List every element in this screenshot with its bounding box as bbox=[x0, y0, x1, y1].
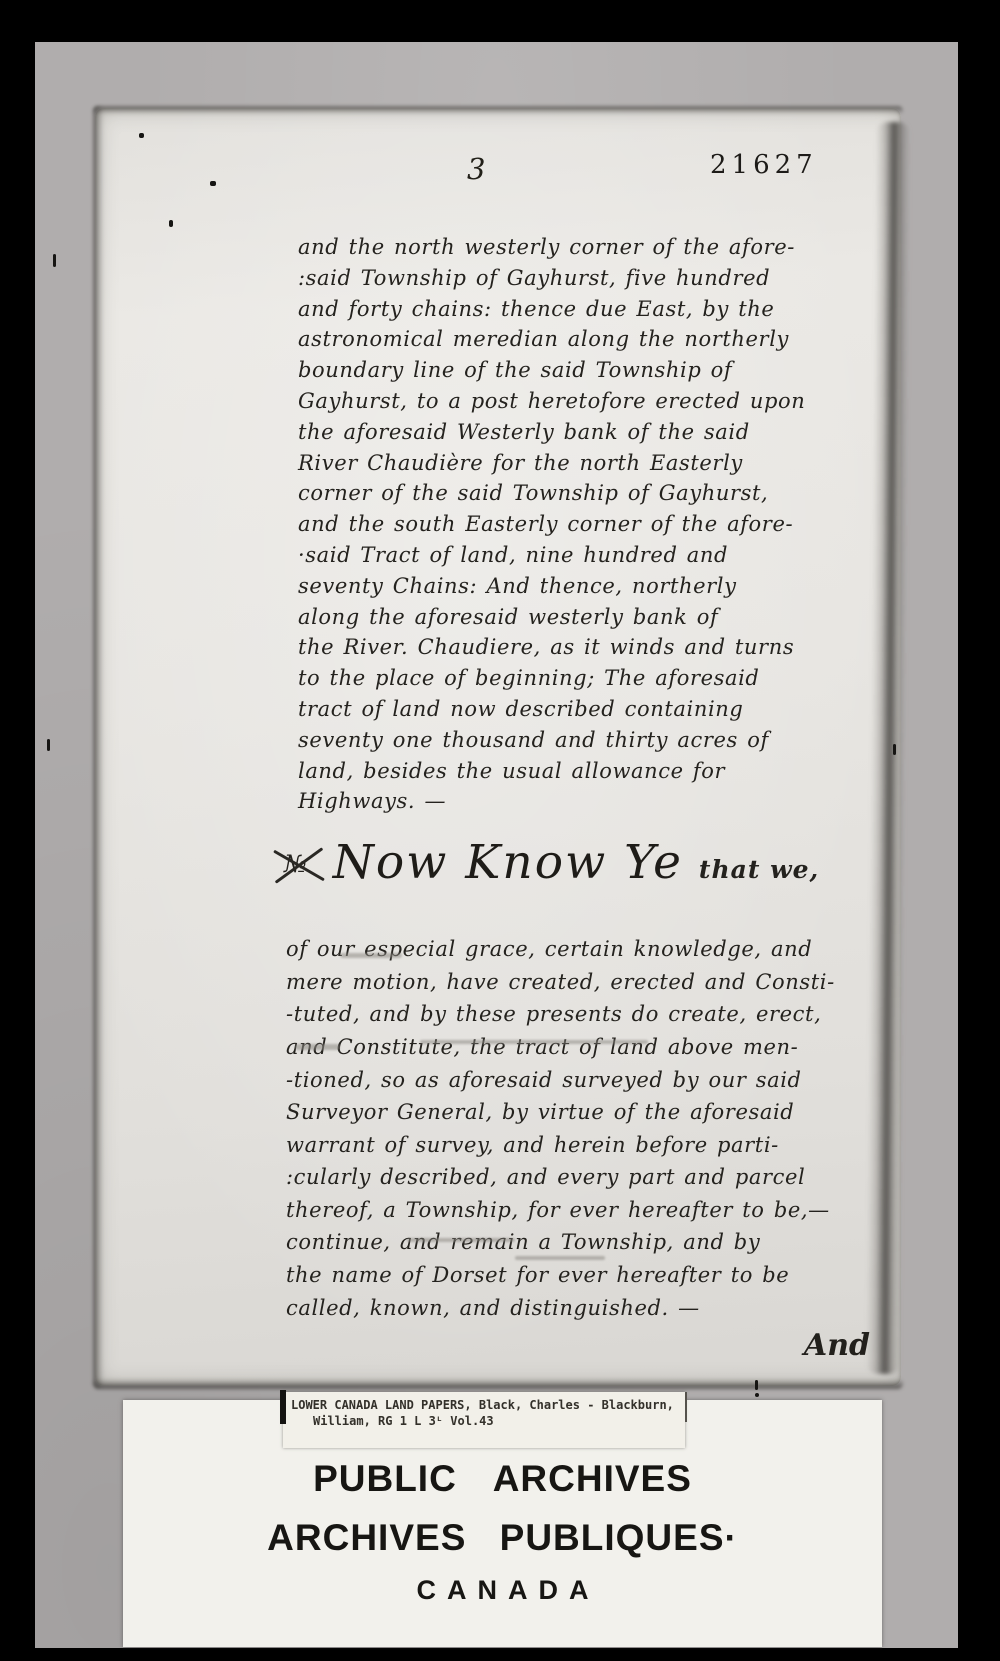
manuscript-line: of our especial grace, certain knowledge… bbox=[286, 933, 888, 966]
manuscript-line: -tuted, and by these presents do create,… bbox=[286, 998, 888, 1031]
manuscript-line: to the place of beginning; The aforesaid bbox=[298, 663, 888, 694]
ink-speck bbox=[169, 220, 173, 227]
reference-label-line1: LOWER CANADA LAND PAPERS, Black, Charles… bbox=[291, 1397, 685, 1413]
stamp-canada: CANADA bbox=[123, 1575, 882, 1606]
crossed-out-mark: № bbox=[284, 850, 307, 878]
catchword: And bbox=[298, 1328, 888, 1363]
pencil-underline bbox=[420, 1040, 648, 1044]
manuscript-page: 3 21627 and the north westerly corner of… bbox=[95, 108, 901, 1386]
manuscript-line: land, besides the usual allowance for bbox=[298, 756, 888, 787]
manuscript-line: Gayhurst, to a post heretofore erected u… bbox=[298, 386, 888, 417]
manuscript-line: and forty chains: thence due East, by th… bbox=[298, 294, 888, 325]
manuscript-heading: № Now Know Ye that we, bbox=[284, 835, 888, 909]
heading-tail-text: that we, bbox=[699, 855, 819, 884]
label-edge-mark bbox=[280, 1390, 286, 1424]
manuscript-text: and the north westerly corner of the afo… bbox=[298, 232, 888, 1363]
manuscript-line: and the north westerly corner of the afo… bbox=[298, 232, 888, 263]
manuscript-paragraph-2: of our especial grace, certain knowledge… bbox=[286, 933, 888, 1324]
manuscript-line: mere motion, have created, erected and C… bbox=[286, 966, 888, 999]
manuscript-line: the name of Dorset for ever hereafter to… bbox=[286, 1259, 888, 1292]
manuscript-paragraph-1: and the north westerly corner of the afo… bbox=[298, 232, 888, 817]
reference-label-line2: William, RG 1 L 3ᴸ Vol.43 bbox=[291, 1413, 685, 1429]
paper-edge-left bbox=[93, 106, 104, 1388]
page-number: 3 bbox=[467, 152, 485, 186]
background-mark bbox=[755, 1380, 758, 1390]
pencil-smudge bbox=[340, 953, 402, 958]
manuscript-line: Highways. — bbox=[298, 786, 888, 817]
paper-edge-bottom bbox=[93, 1378, 903, 1389]
manuscript-line: seventy one thousand and thirty acres of bbox=[298, 725, 888, 756]
ink-speck bbox=[755, 1393, 759, 1397]
manuscript-line: astronomical meredian along the northerl… bbox=[298, 324, 888, 355]
manuscript-line: along the aforesaid westerly bank of bbox=[298, 602, 888, 633]
pencil-underline bbox=[407, 1238, 515, 1242]
background-mark bbox=[893, 744, 896, 755]
manuscript-line: called, known, and distinguished. — bbox=[286, 1292, 888, 1325]
scan-background: 3 21627 and the north westerly corner of… bbox=[35, 42, 958, 1648]
pencil-smudge bbox=[515, 1256, 605, 1260]
manuscript-line: and the south Easterly corner of the afo… bbox=[298, 509, 888, 540]
pencil-smudge bbox=[295, 1044, 340, 1050]
manuscript-line: and Constitute, the tract of land above … bbox=[286, 1031, 888, 1064]
manuscript-line: ·said Tract of land, nine hundred and bbox=[298, 540, 888, 571]
heading-large-text: Now Know Ye bbox=[333, 835, 683, 890]
paper-edge-top bbox=[93, 106, 903, 115]
reference-label: LOWER CANADA LAND PAPERS, Black, Charles… bbox=[283, 1392, 685, 1448]
manuscript-line: Surveyor General, by virtue of the afore… bbox=[286, 1096, 888, 1129]
background-mark bbox=[53, 254, 56, 267]
label-edge-mark bbox=[685, 1392, 687, 1422]
manuscript-line: thereof, a Township, for ever hereafter … bbox=[286, 1194, 888, 1227]
stamp-archives-publiques: ARCHIVES PUBLIQUES· bbox=[123, 1517, 882, 1559]
manuscript-line: :cularly described, and every part and p… bbox=[286, 1161, 888, 1194]
manuscript-line: continue, and remain a Township, and by bbox=[286, 1226, 888, 1259]
ink-speck bbox=[210, 181, 216, 186]
stamp-public-archives: PUBLIC ARCHIVES bbox=[123, 1458, 882, 1500]
manuscript-line: warrant of survey, and herein before par… bbox=[286, 1129, 888, 1162]
manuscript-line: the River. Chaudiere, as it winds and tu… bbox=[298, 632, 888, 663]
manuscript-line: -tioned, so as aforesaid surveyed by our… bbox=[286, 1064, 888, 1097]
manuscript-line: corner of the said Township of Gayhurst, bbox=[298, 478, 888, 509]
manuscript-line: :said Township of Gayhurst, five hundred bbox=[298, 263, 888, 294]
background-mark bbox=[47, 739, 50, 751]
manuscript-line: River Chaudière for the north Easterly bbox=[298, 448, 888, 479]
document-number: 21627 bbox=[710, 150, 818, 180]
manuscript-line: tract of land now described containing bbox=[298, 694, 888, 725]
manuscript-line: boundary line of the said Township of bbox=[298, 355, 888, 386]
manuscript-line: seventy Chains: And thence, northerly bbox=[298, 571, 888, 602]
manuscript-line: the aforesaid Westerly bank of the said bbox=[298, 417, 888, 448]
archival-scan: { "page": { "page_number": "3", "doc_num… bbox=[0, 0, 1000, 1661]
ink-speck bbox=[139, 133, 144, 138]
